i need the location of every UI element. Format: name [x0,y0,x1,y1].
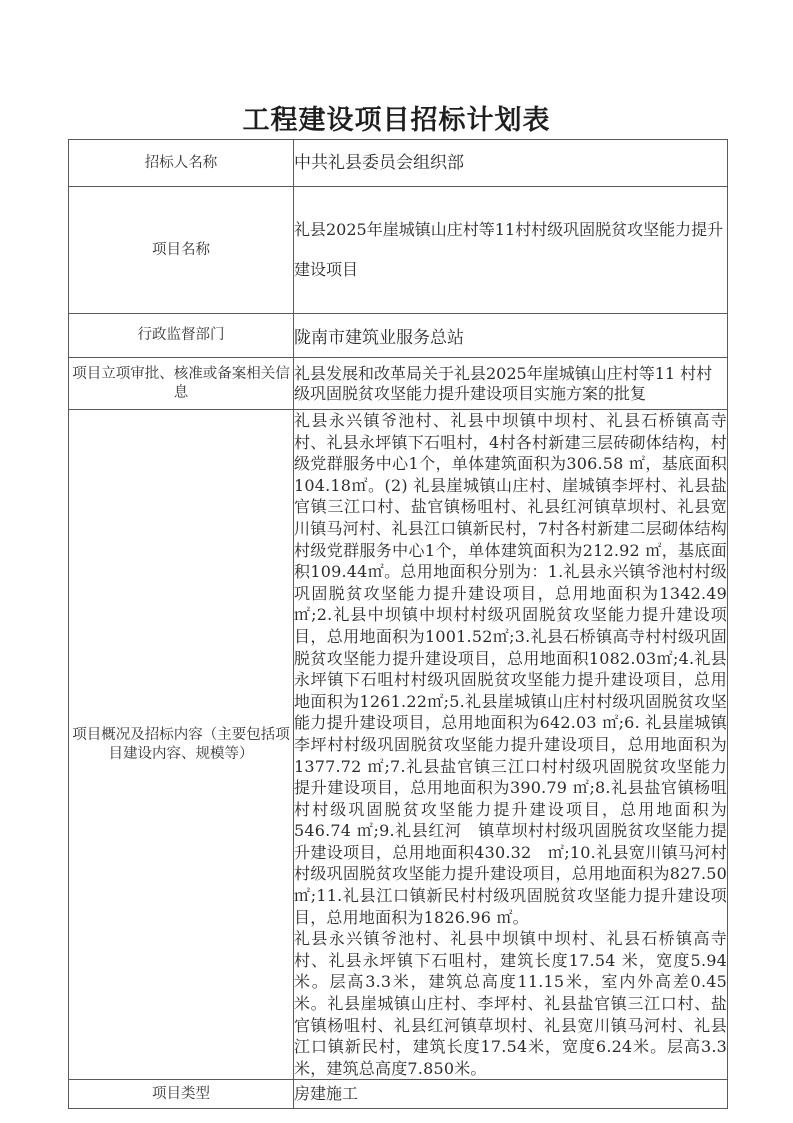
value-project-overview: 礼县永兴镇爷池村、礼县中坝镇中坝村、礼县石桥镇高寺村、礼县永坪镇下石咀村，4村各… [294,410,728,1080]
value-tenderer-name: 中共礼县委员会组织部 [294,140,728,187]
value-approval-info: 礼县发展和改革局关于礼县2025年崖城镇山庄村等11 村村级巩固脱贫攻坚能力提升… [294,358,728,410]
table-row-approval-info: 项目立项审批、核准或备案相关信息 礼县发展和改革局关于礼县2025年崖城镇山庄村… [69,358,728,410]
table-row-tenderer: 招标人名称 中共礼县委员会组织部 [69,140,728,187]
tender-plan-table: 招标人名称 中共礼县委员会组织部 项目名称 礼县2025年崖城镇山庄村等11村村… [68,139,728,1109]
table-row-supervision-dept: 行政监督部门 陇南市建筑业服务总站 [69,314,728,358]
label-approval-info: 项目立项审批、核准或备案相关信息 [69,358,294,410]
value-project-type: 房建施工 [294,1080,728,1109]
table-row-project-name: 项目名称 礼县2025年崖城镇山庄村等11村村级巩固脱贫攻坚能力提升建设项目 [69,187,728,314]
value-supervision-dept: 陇南市建筑业服务总站 [294,314,728,358]
label-tenderer-name: 招标人名称 [69,140,294,187]
overview-paragraph-1: 礼县永兴镇爷池村、礼县中坝镇中坝村、礼县石桥镇高寺村、礼县永坪镇下石咀村，4村各… [294,410,727,928]
label-project-type: 项目类型 [69,1080,294,1109]
label-supervision-dept: 行政监督部门 [69,314,294,358]
label-project-name: 项目名称 [69,187,294,314]
page-title: 工程建设项目招标计划表 [0,98,793,137]
overview-paragraph-2: 礼县永兴镇爷池村、礼县中坝镇中坝村、礼县石桥镇高寺村、礼县永坪镇下石咀村，建筑长… [294,928,727,1079]
table-row-project-overview: 项目概况及招标内容（主要包括项目建设内容、规模等） 礼县永兴镇爷池村、礼县中坝镇… [69,410,728,1080]
label-project-overview: 项目概况及招标内容（主要包括项目建设内容、规模等） [69,410,294,1080]
value-project-name: 礼县2025年崖城镇山庄村等11村村级巩固脱贫攻坚能力提升建设项目 [294,187,728,314]
table-row-project-type: 项目类型 房建施工 [69,1080,728,1109]
